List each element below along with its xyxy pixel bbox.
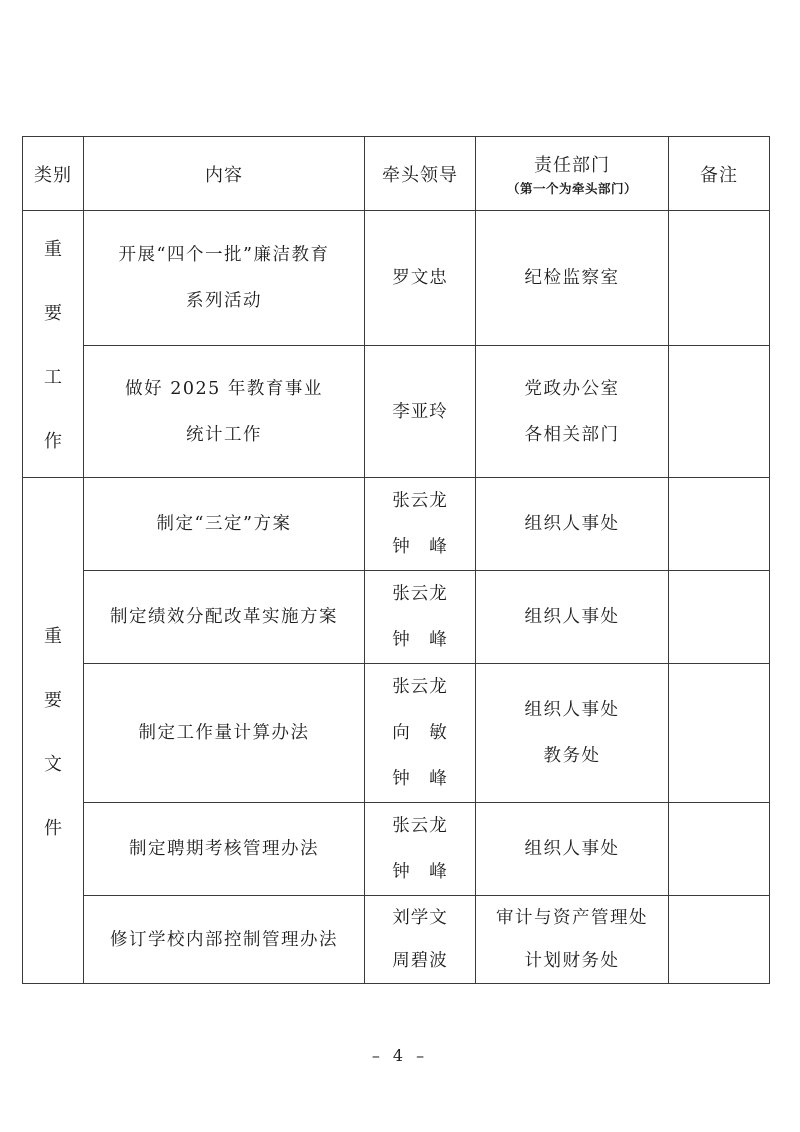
table-row: 做好 2025 年教育事业 统计工作 李亚玲 党政办公室 各相关部门 <box>23 346 770 478</box>
category-vertical-text: 重 要 文 件 <box>23 622 83 840</box>
cell-content: 开展“四个一批”廉洁教育 系列活动 <box>84 211 365 346</box>
cell-remark <box>669 664 770 803</box>
header-category: 类别 <box>23 137 84 211</box>
cell-content: 做好 2025 年教育事业 统计工作 <box>84 346 365 478</box>
work-plan-table: 类别 内容 牵头领导 责任部门 （第一个为牵头部门） 备注 重 要 工 作 开展… <box>22 136 770 984</box>
cell-remark <box>669 478 770 571</box>
cell-leader: 罗文忠 <box>365 211 476 346</box>
cell-remark <box>669 211 770 346</box>
cell-department: 党政办公室 各相关部门 <box>476 346 669 478</box>
category-cell-important-documents: 重 要 文 件 <box>23 478 84 984</box>
cell-leader: 张云龙 钟 峰 <box>365 803 476 896</box>
cell-leader: 张云龙 向 敏 钟 峰 <box>365 664 476 803</box>
cell-leader: 张云龙 钟 峰 <box>365 571 476 664</box>
cell-department: 审计与资产管理处 计划财务处 <box>476 896 669 984</box>
table-row: 制定聘期考核管理办法 张云龙 钟 峰 组织人事处 <box>23 803 770 896</box>
cell-content: 制定“三定”方案 <box>84 478 365 571</box>
header-department-title: 责任部门 <box>476 151 668 177</box>
page-number: – 4 – <box>0 1046 800 1065</box>
table-row: 重 要 工 作 开展“四个一批”廉洁教育 系列活动 罗文忠 纪检监察室 <box>23 211 770 346</box>
cell-remark <box>669 346 770 478</box>
cell-content: 制定绩效分配改革实施方案 <box>84 571 365 664</box>
header-department: 责任部门 （第一个为牵头部门） <box>476 137 669 211</box>
cell-department: 组织人事处 <box>476 571 669 664</box>
cell-leader: 张云龙 钟 峰 <box>365 478 476 571</box>
cell-remark <box>669 571 770 664</box>
cell-leader: 李亚玲 <box>365 346 476 478</box>
document-page: 类别 内容 牵头领导 责任部门 （第一个为牵头部门） 备注 重 要 工 作 开展… <box>0 0 800 1132</box>
cell-department: 组织人事处 <box>476 803 669 896</box>
header-remarks: 备注 <box>669 137 770 211</box>
cell-department: 组织人事处 教务处 <box>476 664 669 803</box>
category-vertical-text: 重 要 工 作 <box>23 235 83 453</box>
table-row: 修订学校内部控制管理办法 刘学文 周碧波 审计与资产管理处 计划财务处 <box>23 896 770 984</box>
cell-remark <box>669 896 770 984</box>
cell-content: 制定聘期考核管理办法 <box>84 803 365 896</box>
cell-department: 组织人事处 <box>476 478 669 571</box>
table-row: 制定工作量计算办法 张云龙 向 敏 钟 峰 组织人事处 教务处 <box>23 664 770 803</box>
cell-leader: 刘学文 周碧波 <box>365 896 476 984</box>
table-row: 制定绩效分配改革实施方案 张云龙 钟 峰 组织人事处 <box>23 571 770 664</box>
header-content: 内容 <box>84 137 365 211</box>
cell-content: 修订学校内部控制管理办法 <box>84 896 365 984</box>
cell-department: 纪检监察室 <box>476 211 669 346</box>
table-header-row: 类别 内容 牵头领导 责任部门 （第一个为牵头部门） 备注 <box>23 137 770 211</box>
cell-content: 制定工作量计算办法 <box>84 664 365 803</box>
header-leader: 牵头领导 <box>365 137 476 211</box>
cell-remark <box>669 803 770 896</box>
table-row: 重 要 文 件 制定“三定”方案 张云龙 钟 峰 组织人事处 <box>23 478 770 571</box>
header-department-note: （第一个为牵头部门） <box>476 179 668 197</box>
category-cell-important-work: 重 要 工 作 <box>23 211 84 478</box>
